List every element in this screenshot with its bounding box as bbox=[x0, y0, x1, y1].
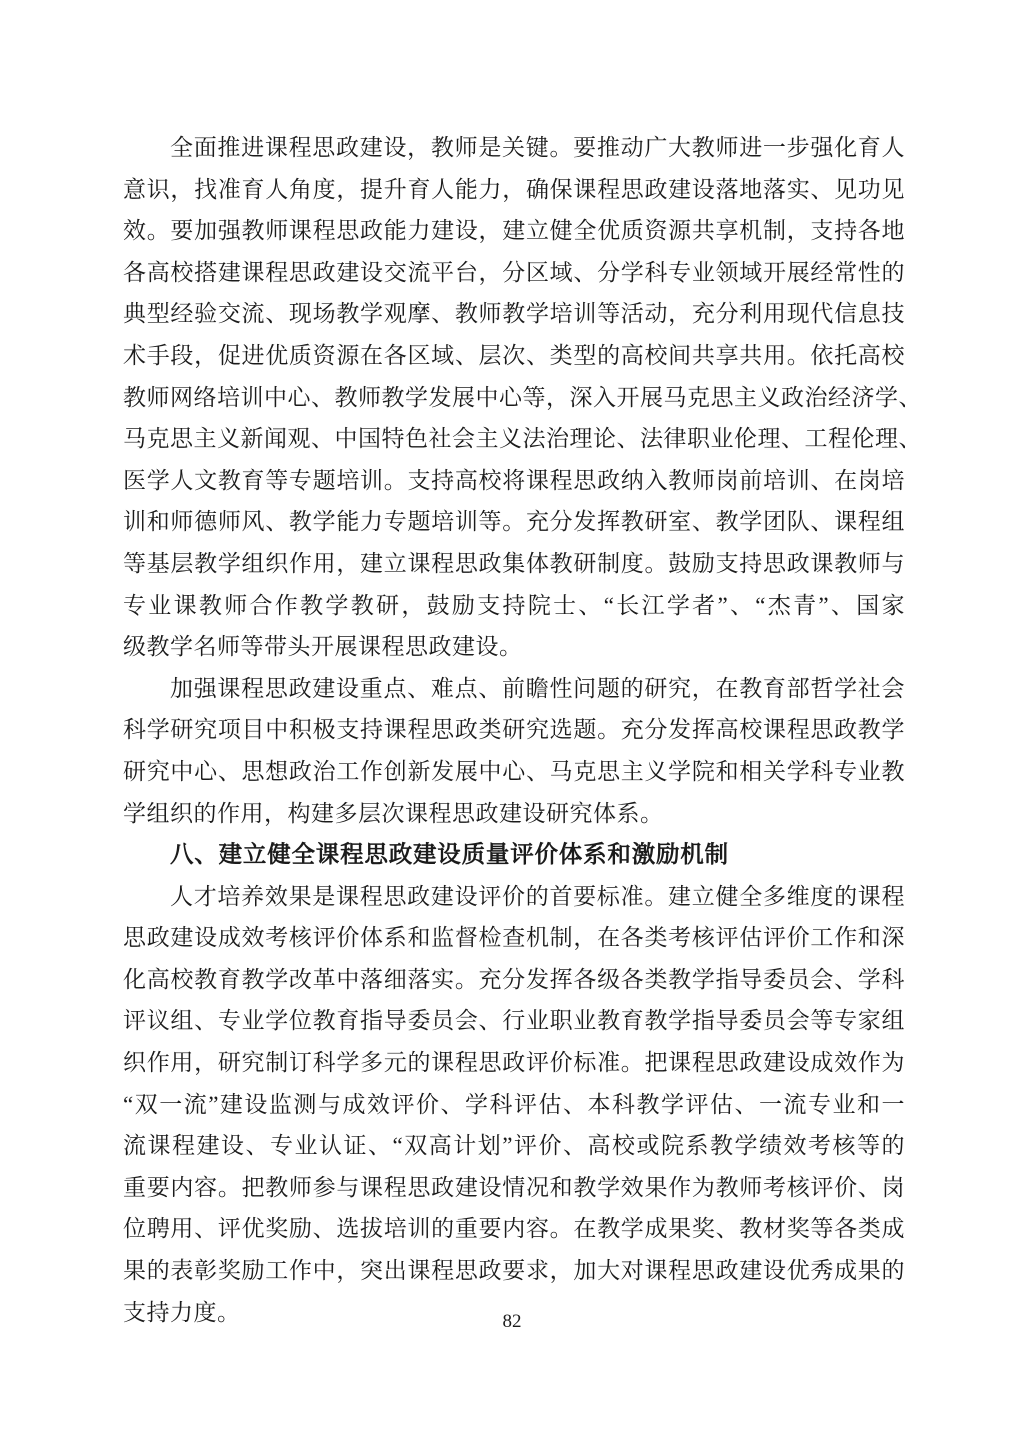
body-line: 教师网络培训中心、教师教学发展中心等，深入开展马克思主义政治经济学、 bbox=[123, 377, 905, 419]
body-line: 训和师德师风、教学能力专题培训等。充分发挥教研室、教学团队、课程组 bbox=[123, 501, 905, 543]
body-line: 专业课教师合作教学教研，鼓励支持院士、“长江学者”、“杰青”、国家 bbox=[123, 585, 905, 627]
body-line: 典型经验交流、现场教学观摩、教师教学培训等活动，充分利用现代信息技 bbox=[123, 293, 905, 335]
section-heading: 八、建立健全课程思政建设质量评价体系和激励机制 bbox=[123, 834, 905, 876]
body-line: 加强课程思政建设重点、难点、前瞻性问题的研究，在教育部哲学社会 bbox=[123, 668, 905, 710]
page-number: 82 bbox=[0, 1310, 1024, 1334]
body-line: 织作用，研究制订科学多元的课程思政评价标准。把课程思政建设成效作为 bbox=[123, 1042, 905, 1084]
body-line: 术手段，促进优质资源在各区域、层次、类型的高校间共享共用。依托高校 bbox=[123, 335, 905, 377]
body-line: “双一流”建设监测与成效评价、学科评估、本科教学评估、一流专业和一 bbox=[123, 1084, 905, 1126]
body-line: 人才培养效果是课程思政建设评价的首要标准。建立健全多维度的课程 bbox=[123, 876, 905, 918]
body-line: 流课程建设、专业认证、“双高计划”评价、高校或院系教学绩效考核等的 bbox=[123, 1125, 905, 1167]
body-line: 意识，找准育人角度，提升育人能力，确保课程思政建设落地落实、见功见 bbox=[123, 169, 905, 211]
body-line: 科学研究项目中积极支持课程思政类研究选题。充分发挥高校课程思政教学 bbox=[123, 709, 905, 751]
body-line: 医学人文教育等专题培训。支持高校将课程思政纳入教师岗前培训、在岗培 bbox=[123, 460, 905, 502]
body-line: 重要内容。把教师参与课程思政建设情况和教学效果作为教师考核评价、岗 bbox=[123, 1167, 905, 1209]
document-body: 全面推进课程思政建设，教师是关键。要推动广大教师进一步强化育人 意识，找准育人角… bbox=[123, 127, 905, 1333]
body-line: 等基层教学组织作用，建立课程思政集体教研制度。鼓励支持思政课教师与 bbox=[123, 543, 905, 585]
body-line: 马克思主义新闻观、中国特色社会主义法治理论、法律职业伦理、工程伦理、 bbox=[123, 418, 905, 460]
body-line-paragraph-end: 级教学名师等带头开展课程思政建设。 bbox=[123, 626, 905, 668]
body-line: 评议组、专业学位教育指导委员会、行业职业教育教学指导委员会等专家组 bbox=[123, 1000, 905, 1042]
body-line: 效。要加强教师课程思政能力建设，建立健全优质资源共享机制，支持各地 bbox=[123, 210, 905, 252]
body-line: 思政建设成效考核评价体系和监督检查机制，在各类考核评估评价工作和深 bbox=[123, 917, 905, 959]
body-line: 位聘用、评优奖励、选拔培训的重要内容。在教学成果奖、教材奖等各类成 bbox=[123, 1208, 905, 1250]
body-line: 果的表彰奖励工作中，突出课程思政要求，加大对课程思政建设优秀成果的 bbox=[123, 1250, 905, 1292]
body-line: 化高校教育教学改革中落细落实。充分发挥各级各类教学指导委员会、学科 bbox=[123, 959, 905, 1001]
body-line: 各高校搭建课程思政建设交流平台，分区域、分学科专业领域开展经常性的 bbox=[123, 252, 905, 294]
document-page: 全面推进课程思政建设，教师是关键。要推动广大教师进一步强化育人 意识，找准育人角… bbox=[0, 0, 1024, 1446]
body-line: 研究中心、思想政治工作创新发展中心、马克思主义学院和相关学科专业教 bbox=[123, 751, 905, 793]
body-line: 全面推进课程思政建设，教师是关键。要推动广大教师进一步强化育人 bbox=[123, 127, 905, 169]
body-line-paragraph-end: 学组织的作用，构建多层次课程思政建设研究体系。 bbox=[123, 793, 905, 835]
